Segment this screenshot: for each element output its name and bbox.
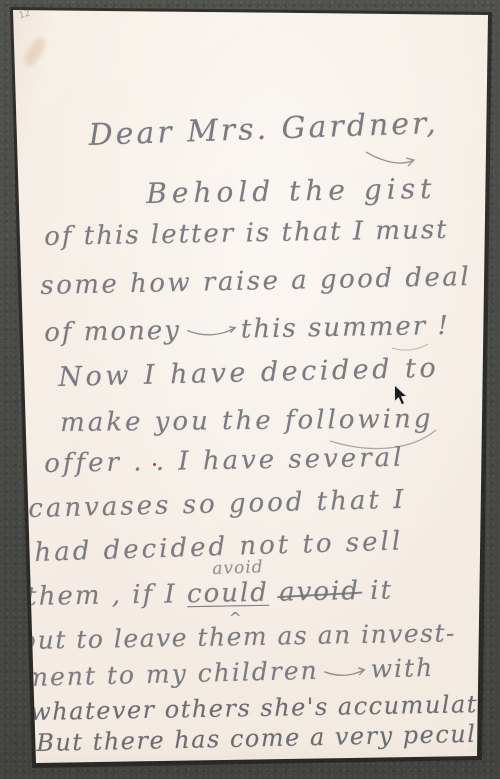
letter-line: some how raise a good deal [40,262,471,301]
letter-line: of moneythis summer ! [44,311,450,348]
paper-stain [21,35,48,70]
struck-out-word: avoid [279,576,360,607]
letter-line-segment: of money [44,316,181,348]
summer-underline-flourish [392,344,428,350]
greeting-flourish [366,152,414,166]
underlined-word: could [187,578,269,609]
letter-line-segment: it [360,576,394,607]
connecting-stroke [185,324,237,339]
letter-line: Now I have decided to [58,353,440,393]
letter-line-segment: this summer ! [241,311,451,345]
letter-line: canvases so good that I [28,485,407,524]
letter-line-segment: ment to my [24,659,198,692]
mouse-cursor-icon [393,384,410,407]
connecting-stroke [323,665,367,678]
letter-paper: 12 Dear Mrs. Gardner, Behold the gist of… [0,0,500,779]
letter-line: but to leave them as an invest- [20,618,456,655]
letter-line-segment: them , if I [26,579,187,612]
letter-line-segment: with [370,653,434,684]
letter-line: But there has come a very peculiar [36,719,500,757]
letter-line: them , if I could avoid it [26,576,393,612]
letter-line: ment to my childrenwith [24,653,435,692]
letter-line: of this letter is that I must [44,215,449,252]
letter-line-segment: children [197,656,319,688]
letter-line: make you the following [60,404,434,438]
letter-line: offer . . I have several [44,443,405,479]
photo-background: 12 Dear Mrs. Gardner, Behold the gist of… [0,0,500,779]
interline-insertion-word: avoid [212,557,264,579]
letter-line-greeting: Dear Mrs. Gardner, [88,106,439,153]
letter-line: Behold the gist [146,172,437,210]
corner-pencil-mark: 12 [18,9,32,22]
